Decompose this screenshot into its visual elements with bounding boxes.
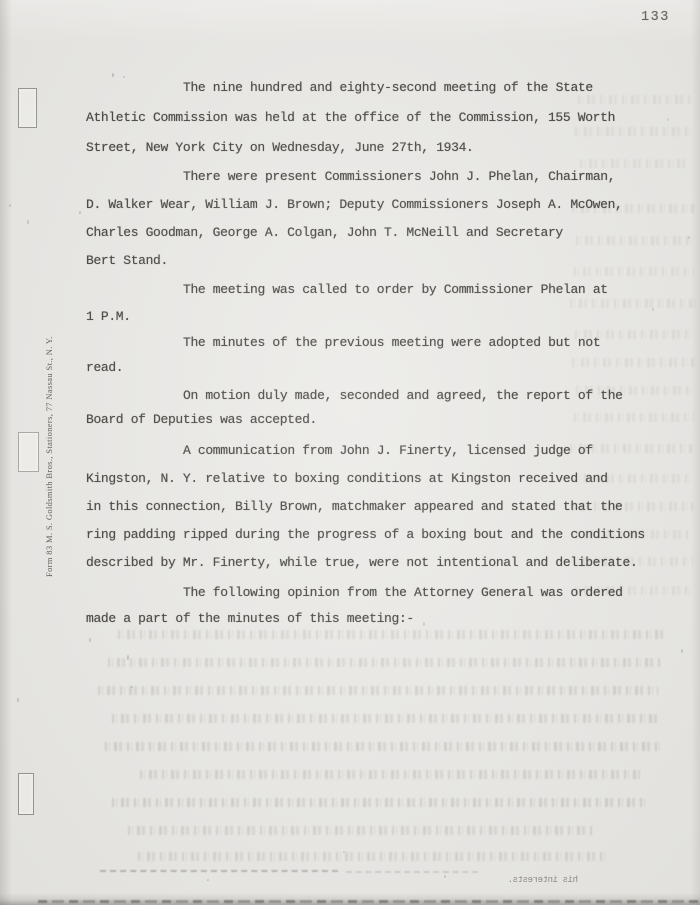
text-line: The minutes of the previous meeting were…	[86, 330, 661, 355]
text-line: The meeting was called to order by Commi…	[86, 276, 661, 303]
bleedthrough-line	[140, 770, 640, 779]
bleedthrough-dashed-line	[100, 870, 338, 872]
text-line: made a part of the minutes of this meeti…	[86, 606, 661, 632]
ink-speck	[112, 73, 114, 77]
bleedthrough-line	[105, 742, 661, 751]
text-line: Kingston, N. Y. relative to boxing condi…	[86, 465, 661, 493]
page-number: 133	[641, 10, 670, 25]
document-page: 133 Form 83 M. S. Goldsmith Bros., Stati…	[0, 0, 700, 905]
text-line: There were present Commissioners John J.…	[86, 163, 661, 191]
bleedthrough-line	[98, 686, 658, 695]
text-line: The nine hundred and eighty-second meeti…	[86, 73, 661, 103]
paragraph-board-report: On motion duly made, seconded and agreed…	[86, 384, 661, 432]
bleedthrough-line	[112, 714, 660, 723]
paragraph-previous-minutes: The minutes of the previous meeting were…	[86, 330, 661, 380]
paragraph-finerty-communication: A communication from John J. Finerty, li…	[86, 437, 661, 577]
stationer-imprint: Form 83 M. S. Goldsmith Bros., Stationer…	[44, 325, 54, 577]
paragraph-meeting-header: The nine hundred and eighty-second meeti…	[86, 73, 661, 163]
text-line: Athletic Commission was held at the offi…	[86, 103, 661, 133]
bleedthrough-fragment: his interests.	[498, 875, 578, 885]
ink-speck	[17, 698, 19, 702]
paragraph-attendees: There were present Commissioners John J.…	[86, 163, 661, 275]
ink-speck	[667, 118, 669, 121]
ink-speck	[652, 308, 654, 311]
text-line: A communication from John J. Finerty, li…	[86, 437, 661, 465]
ink-speck	[27, 220, 29, 224]
text-line: Street, New York City on Wednesday, June…	[86, 133, 661, 163]
bleedthrough-line	[138, 852, 608, 861]
ink-speck	[127, 655, 129, 660]
text-line: described by Mr. Finerty, while true, we…	[86, 549, 661, 577]
text-line: Bert Stand.	[86, 247, 661, 275]
ink-speck	[89, 638, 91, 642]
paragraph-call-to-order: The meeting was called to order by Commi…	[86, 276, 661, 330]
text-line: ring padding ripped during the progress …	[86, 521, 661, 549]
ink-speck	[207, 879, 209, 881]
ink-speck	[79, 211, 81, 214]
bleedthrough-line	[112, 798, 647, 807]
ink-speck	[131, 686, 133, 688]
text-line: in this connection, Billy Brown, matchma…	[86, 493, 661, 521]
ink-speck	[123, 76, 125, 78]
bleedthrough-line	[108, 658, 660, 667]
text-line: Board of Deputies was accepted.	[86, 408, 661, 432]
binding-mark	[18, 88, 37, 128]
scan-bottom-edge	[0, 893, 700, 905]
text-line: The following opinion from the Attorney …	[86, 580, 661, 606]
scan-bottom-edge-line	[38, 900, 700, 903]
ink-speck	[681, 649, 683, 653]
text-line: D. Walker Wear, William J. Brown; Deputy…	[86, 191, 661, 219]
ink-speck	[9, 204, 11, 207]
text-line: On motion duly made, seconded and agreed…	[86, 384, 661, 408]
text-line: read.	[86, 355, 661, 380]
ink-speck	[343, 851, 345, 853]
bleedthrough-line	[128, 826, 593, 835]
bleedthrough-dashed-line	[346, 871, 478, 873]
paragraph-attorney-general-opinion: The following opinion from the Attorney …	[86, 580, 661, 632]
binding-mark	[18, 773, 34, 815]
text-line: 1 P.M.	[86, 303, 661, 330]
ink-speck	[423, 622, 425, 626]
binding-mark	[18, 432, 39, 472]
text-line: Charles Goodman, George A. Colgan, John …	[86, 219, 661, 247]
ink-speck	[444, 875, 446, 878]
ink-speck	[688, 236, 690, 239]
